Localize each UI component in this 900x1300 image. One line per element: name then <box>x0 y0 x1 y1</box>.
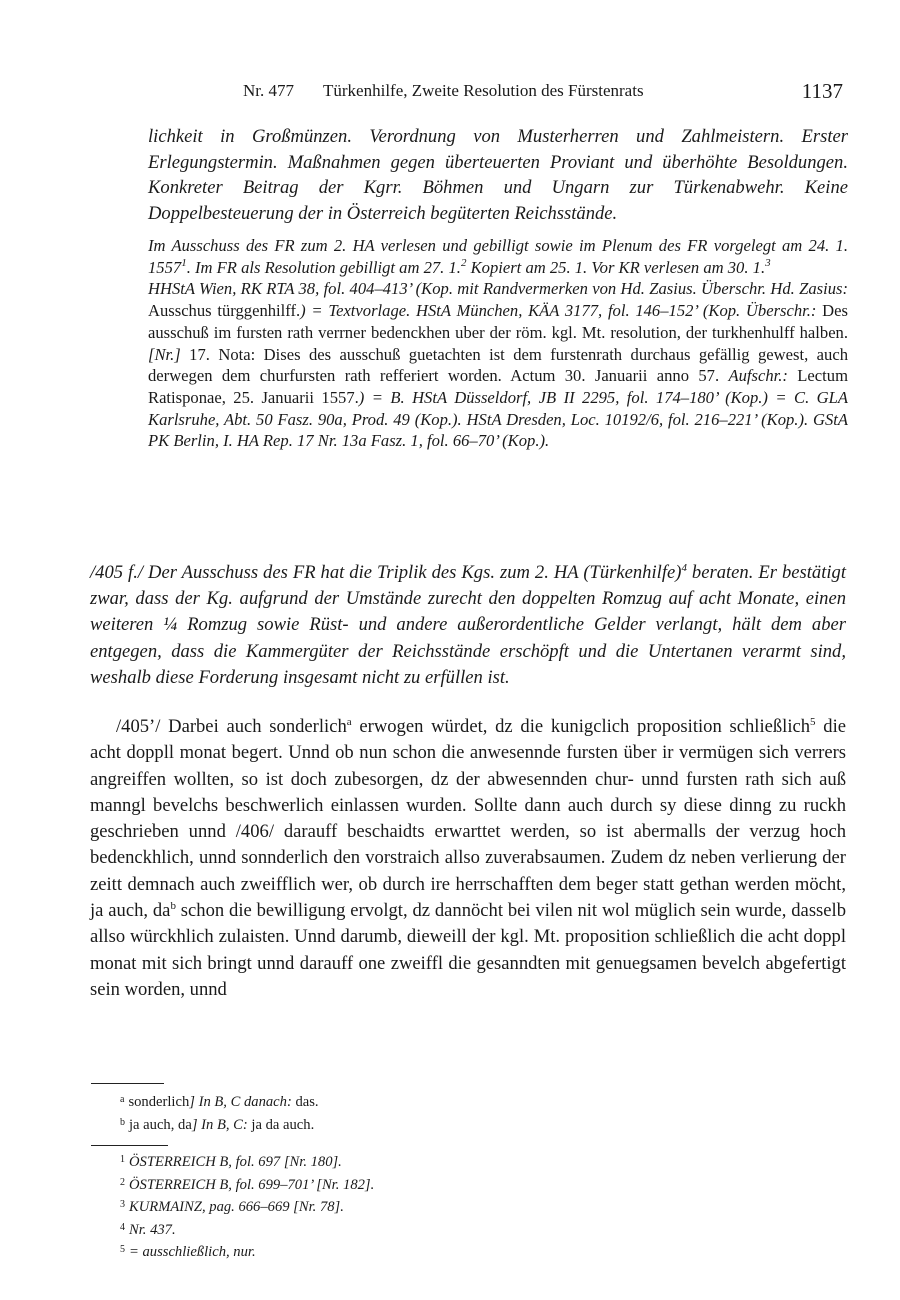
text-apparatus: asonderlich] In B, C danach: das. bja au… <box>120 1090 319 1135</box>
document-number: Nr. 477 <box>243 76 294 106</box>
apparatus-entry: asonderlich] In B, C danach: das. <box>120 1090 319 1113</box>
regest-continuation: lichkeit in Großmünzen. Verordnung von M… <box>148 124 848 226</box>
source-note: Im Ausschuss des FR zum 2. HA verlesen u… <box>148 235 848 452</box>
footnote: 4Nr. 437. <box>120 1218 374 1241</box>
document-page: Nr. 477 Türkenhilfe, Zweite Resolution d… <box>0 0 900 1300</box>
regest-summary: /405 f./ Der Ausschuss des FR hat die Tr… <box>90 560 846 691</box>
running-head: Nr. 477 Türkenhilfe, Zweite Resolution d… <box>243 76 843 106</box>
page-number: 1137 <box>802 76 843 106</box>
footnote: 5= ausschließlich, nur. <box>120 1240 374 1263</box>
footnotes: 1ÖSTERREICH B, fol. 697 [Nr. 180]. 2ÖSTE… <box>120 1150 374 1263</box>
document-title: Türkenhilfe, Zweite Resolution des Fürst… <box>323 76 644 106</box>
footnote: 2ÖSTERREICH B, fol. 699–701’ [Nr. 182]. <box>120 1173 374 1196</box>
footnote-divider <box>91 1145 168 1146</box>
apparatus-entry: bja auch, da] In B, C: ja da auch. <box>120 1113 319 1136</box>
transmission-note: Im Ausschuss des FR zum 2. HA verlesen u… <box>148 235 848 278</box>
apparatus-divider <box>91 1083 164 1084</box>
edited-text: /405’/ Darbei auch sonderlicha erwogen w… <box>90 714 846 1003</box>
archival-sources: HHStA Wien, RK RTA 38, fol. 404–413’ (Ko… <box>148 278 848 452</box>
footnote: 3KURMAINZ, pag. 666–669 [Nr. 78]. <box>120 1195 374 1218</box>
footnote: 1ÖSTERREICH B, fol. 697 [Nr. 180]. <box>120 1150 374 1173</box>
